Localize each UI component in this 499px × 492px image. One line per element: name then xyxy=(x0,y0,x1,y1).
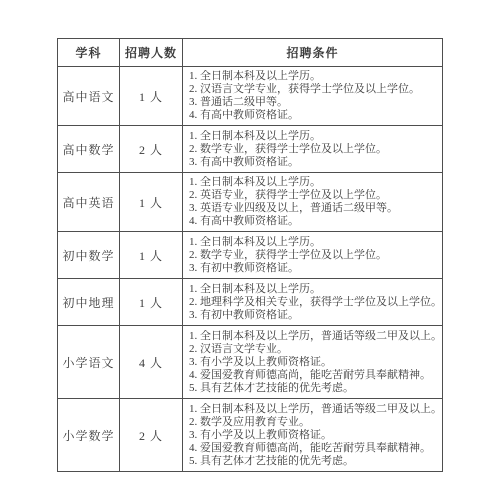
header-subject: 学科 xyxy=(58,39,120,67)
count-cell: 2 人 xyxy=(120,126,183,173)
condition-line: 2. 汉语言文学专业。 xyxy=(189,343,438,356)
header-count: 招聘人数 xyxy=(120,39,183,67)
condition-line: 1. 全日制本科及以上学历。 xyxy=(189,70,438,83)
condition-line: 1. 全日制本科及以上学历。 xyxy=(189,130,438,143)
condition-line: 4. 有高中教师资格证。 xyxy=(189,215,438,228)
condition-line: 3. 英语专业四级及以上，普通话二级甲等。 xyxy=(189,202,438,215)
subject-cell: 高中英语 xyxy=(58,173,120,232)
condition-line: 3. 有初中教师资格证。 xyxy=(189,309,438,322)
condition-line: 5. 具有艺体才艺技能的优先考虑。 xyxy=(189,382,438,395)
condition-line: 3. 有高中教师资格证。 xyxy=(189,156,438,169)
header-conditions: 招聘条件 xyxy=(183,39,443,67)
conditions-cell: 1. 全日制本科及以上学历。 2. 英语专业，获得学士学位及以上学位。 3. 英… xyxy=(183,173,443,232)
subject-cell: 初中地理 xyxy=(58,279,120,326)
subject-cell: 高中数学 xyxy=(58,126,120,173)
condition-line: 1. 全日制本科及以上学历，普通话等级二甲及以上。 xyxy=(189,403,438,416)
condition-line: 2. 数学及应用教育专业。 xyxy=(189,416,438,429)
conditions-cell: 1. 全日制本科及以上学历。 2. 数学专业，获得学士学位及以上学位。 3. 有… xyxy=(183,126,443,173)
conditions-cell: 1. 全日制本科及以上学历，普通话等级二甲及以上。 2. 汉语言文学专业。 3.… xyxy=(183,326,443,399)
condition-line: 4. 有高中教师资格证。 xyxy=(189,109,438,122)
recruitment-table: 学科 招聘人数 招聘条件 高中语文 1 人 1. 全日制本科及以上学历。 2. … xyxy=(57,38,443,472)
condition-line: 3. 有初中教师资格证。 xyxy=(189,262,438,275)
conditions-cell: 1. 全日制本科及以上学历，普通话等级二甲及以上。 2. 数学及应用教育专业。 … xyxy=(183,399,443,472)
table-row: 初中地理 1 人 1. 全日制本科及以上学历。 2. 地理科学及相关专业，获得学… xyxy=(58,279,443,326)
document-page: 学科 招聘人数 招聘条件 高中语文 1 人 1. 全日制本科及以上学历。 2. … xyxy=(0,0,499,492)
condition-line: 3. 有小学及以上教师资格证。 xyxy=(189,356,438,369)
condition-line: 3. 普通话二级甲等。 xyxy=(189,96,438,109)
table-row: 高中语文 1 人 1. 全日制本科及以上学历。 2. 汉语言文学专业，获得学士学… xyxy=(58,67,443,126)
subject-cell: 初中数学 xyxy=(58,232,120,279)
header-row: 学科 招聘人数 招聘条件 xyxy=(58,39,443,67)
condition-line: 2. 英语专业，获得学士学位及以上学位。 xyxy=(189,189,438,202)
condition-line: 1. 全日制本科及以上学历，普通话等级二甲及以上。 xyxy=(189,330,438,343)
condition-line: 3. 有小学及以上教师资格证。 xyxy=(189,429,438,442)
table-row: 小学数学 2 人 1. 全日制本科及以上学历，普通话等级二甲及以上。 2. 数学… xyxy=(58,399,443,472)
subject-cell: 小学语文 xyxy=(58,326,120,399)
condition-line: 1. 全日制本科及以上学历。 xyxy=(189,283,438,296)
count-cell: 1 人 xyxy=(120,232,183,279)
count-cell: 1 人 xyxy=(120,173,183,232)
table-row: 高中英语 1 人 1. 全日制本科及以上学历。 2. 英语专业，获得学士学位及以… xyxy=(58,173,443,232)
condition-line: 2. 地理科学及相关专业，获得学士学位及以上学位。 xyxy=(189,296,438,309)
conditions-cell: 1. 全日制本科及以上学历。 2. 数学专业，获得学士学位及以上学位。 3. 有… xyxy=(183,232,443,279)
subject-cell: 小学数学 xyxy=(58,399,120,472)
condition-line: 1. 全日制本科及以上学历。 xyxy=(189,236,438,249)
condition-line: 1. 全日制本科及以上学历。 xyxy=(189,176,438,189)
condition-line: 4. 爱国爱教育师德高尚，能吃苦耐劳具奉献精神。 xyxy=(189,369,438,382)
count-cell: 2 人 xyxy=(120,399,183,472)
subject-cell: 高中语文 xyxy=(58,67,120,126)
condition-line: 4. 爱国爱教育师德高尚，能吃苦耐劳具奉献精神。 xyxy=(189,442,438,455)
conditions-cell: 1. 全日制本科及以上学历。 2. 地理科学及相关专业，获得学士学位及以上学位。… xyxy=(183,279,443,326)
table-row: 高中数学 2 人 1. 全日制本科及以上学历。 2. 数学专业，获得学士学位及以… xyxy=(58,126,443,173)
count-cell: 1 人 xyxy=(120,279,183,326)
conditions-cell: 1. 全日制本科及以上学历。 2. 汉语言文学专业，获得学士学位及以上学位。 3… xyxy=(183,67,443,126)
condition-line: 2. 汉语言文学专业，获得学士学位及以上学位。 xyxy=(189,83,438,96)
condition-line: 2. 数学专业，获得学士学位及以上学位。 xyxy=(189,249,438,262)
count-cell: 1 人 xyxy=(120,67,183,126)
condition-line: 5. 具有艺体才艺技能的优先考虑。 xyxy=(189,455,438,468)
count-cell: 4 人 xyxy=(120,326,183,399)
condition-line: 2. 数学专业，获得学士学位及以上学位。 xyxy=(189,143,438,156)
table-row: 初中数学 1 人 1. 全日制本科及以上学历。 2. 数学专业，获得学士学位及以… xyxy=(58,232,443,279)
table-row: 小学语文 4 人 1. 全日制本科及以上学历，普通话等级二甲及以上。 2. 汉语… xyxy=(58,326,443,399)
